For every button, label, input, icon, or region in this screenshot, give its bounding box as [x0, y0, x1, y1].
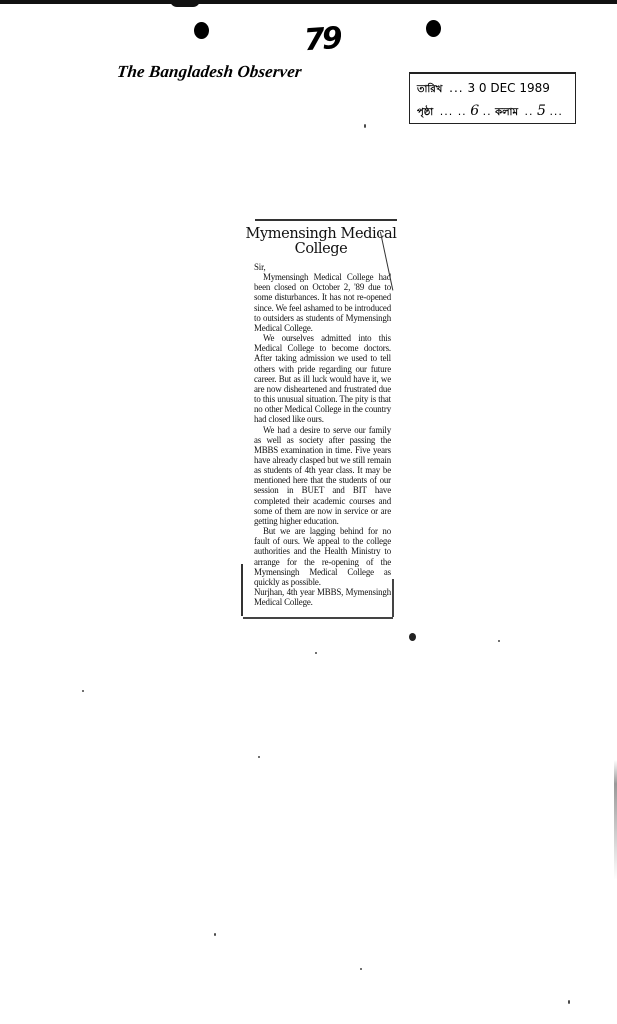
scan-speck [568, 1000, 570, 1004]
letter-paragraph-3: We had a desire to serve our family as w… [254, 425, 391, 527]
scan-speck [498, 640, 500, 642]
clipping-bottom-edge [243, 617, 393, 619]
letter-body: Sir, Mymensingh Medical College had been… [254, 262, 391, 607]
scan-speck [258, 756, 260, 758]
handwritten-page-number: 79 [303, 21, 341, 58]
clipping-top-edge [255, 219, 397, 221]
letter-signature: Nurjhan, 4th year MBBS, Mymensingh Medic… [254, 587, 391, 607]
scan-speck [82, 690, 84, 692]
scan-speck [364, 124, 366, 128]
scan-speck [315, 652, 317, 654]
letter-paragraph-2: We ourselves admitted into this Medical … [254, 333, 391, 424]
stamp-date-value: 3 0 DEC 1989 [467, 81, 549, 95]
date-stamp: তারিখ ... 3 0 DEC 1989 পৃষ্ঠা ... .. 6 .… [409, 72, 576, 124]
stamp-column-label: কলাম [495, 107, 518, 118]
scan-speck [214, 933, 216, 936]
letter-paragraph-4: But we are lagging behind for no fault o… [254, 526, 391, 587]
punch-hole-right [426, 20, 441, 37]
stamp-page-value: 6 [470, 103, 479, 119]
letter-salutation: Sir, [254, 262, 391, 272]
clipping-headline: Mymensingh Medical College [241, 227, 401, 257]
clipping-right-edge [392, 579, 394, 617]
punch-hole-left [194, 22, 209, 39]
clipping-left-edge [241, 564, 243, 616]
ink-blot [409, 633, 416, 641]
stamp-column-value: 5 [537, 103, 546, 119]
newspaper-clipping: Mymensingh Medical College Sir, Mymensin… [241, 219, 393, 619]
scan-top-edge [0, 0, 617, 4]
stamp-date-label: তারিখ [417, 84, 442, 95]
newspaper-masthead: The Bangladesh Observer [116, 62, 303, 82]
stamp-date-row: তারিখ ... 3 0 DEC 1989 [417, 81, 550, 99]
scan-edge-notch [170, 0, 200, 7]
letter-paragraph-1: Mymensingh Medical College had been clos… [254, 272, 391, 333]
scan-speck [360, 968, 362, 970]
stamp-page-label: পৃষ্ঠা [417, 107, 433, 118]
stamp-page-row: পৃষ্ঠা ... .. 6 .. কলাম .. 5 ... [417, 103, 563, 122]
